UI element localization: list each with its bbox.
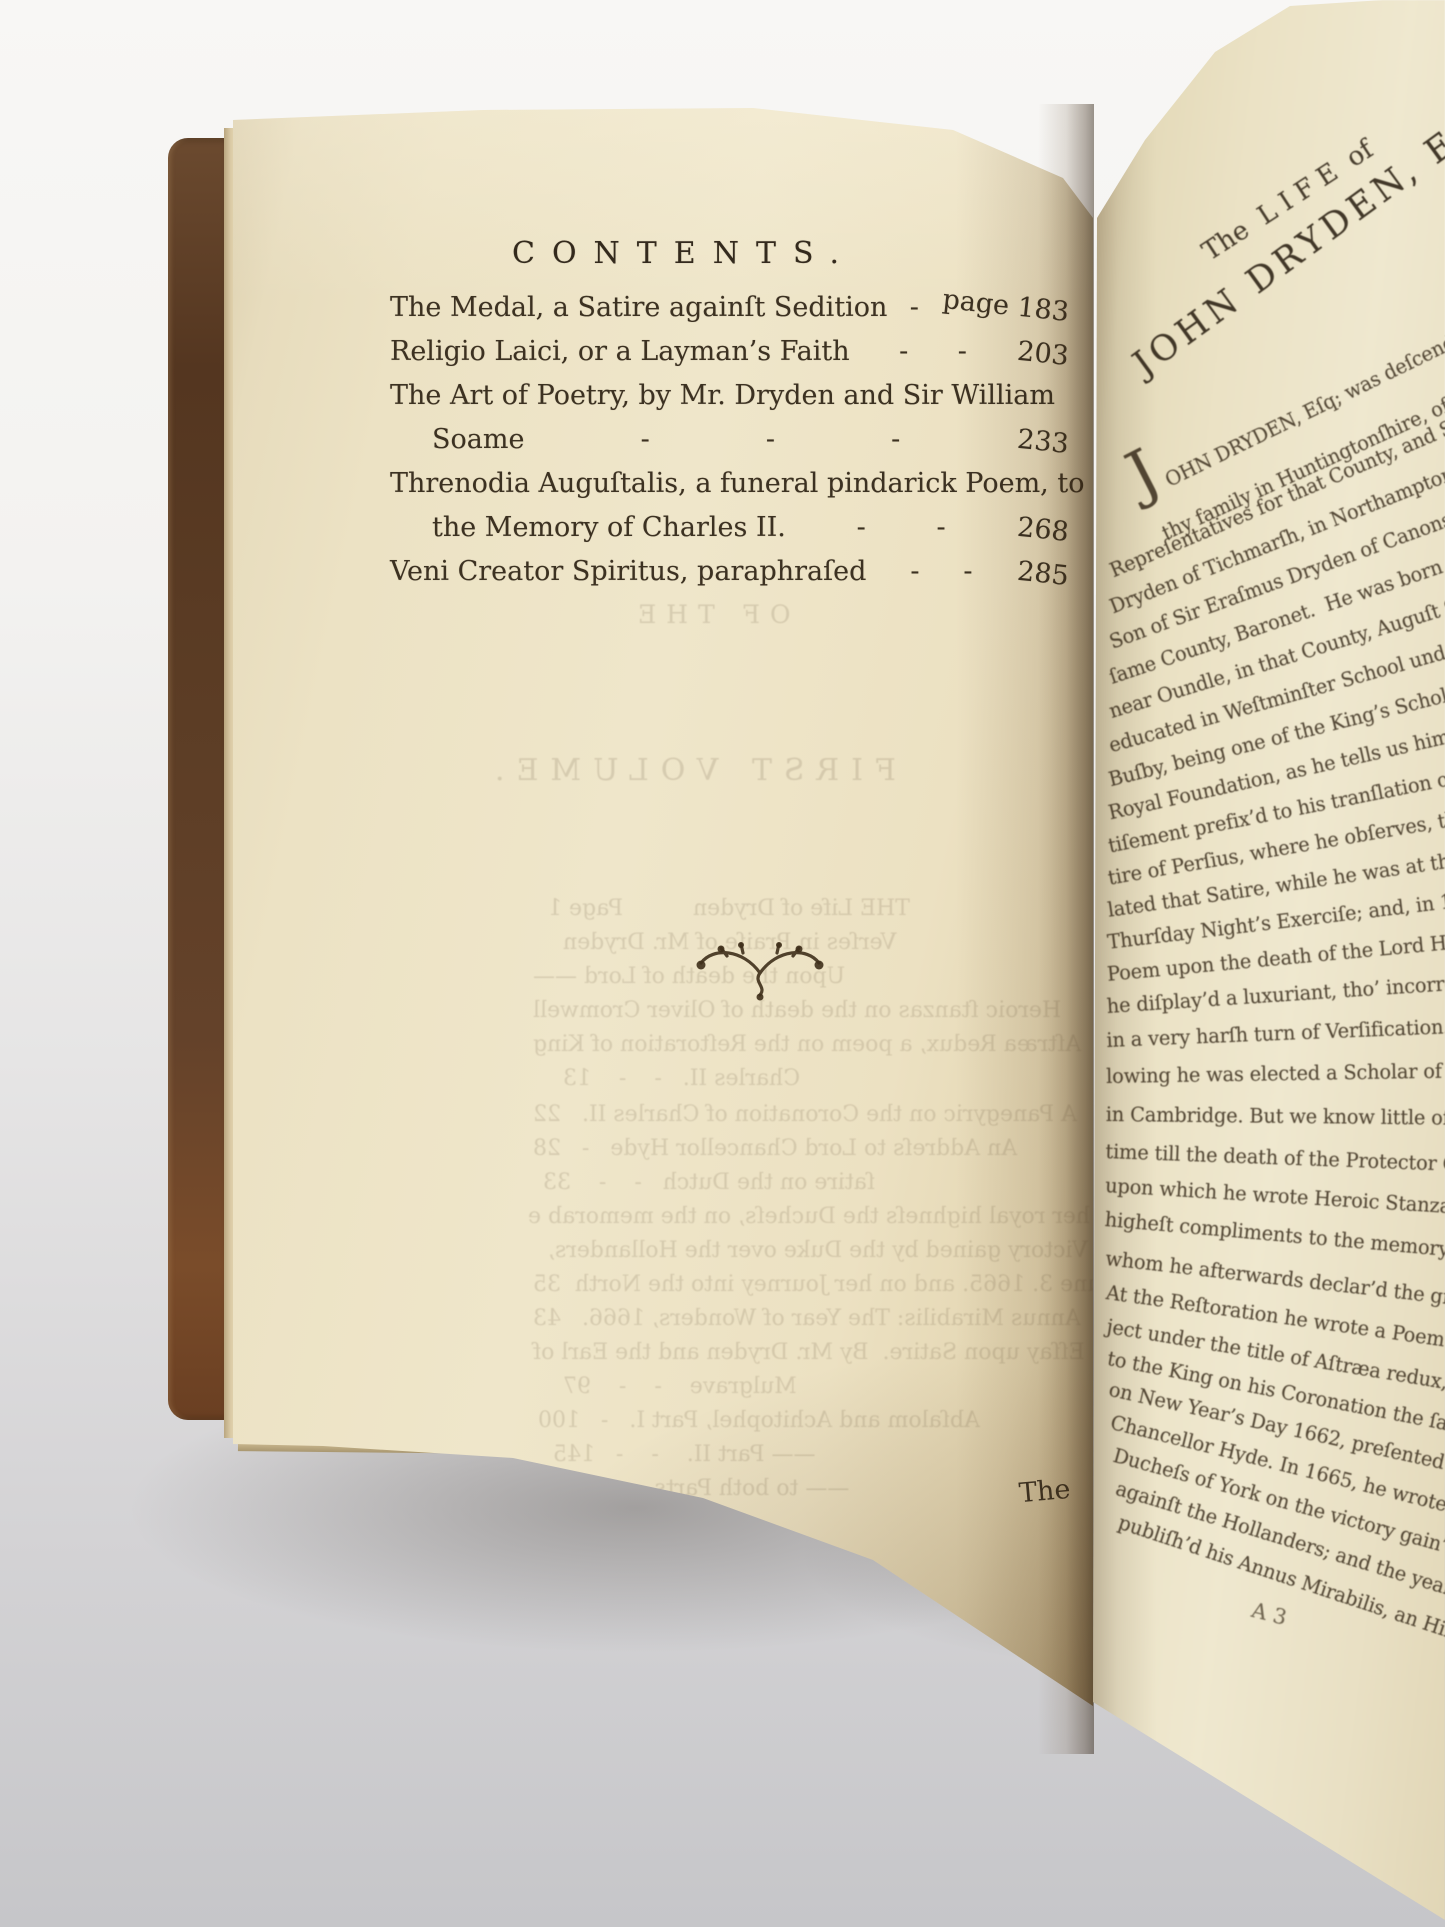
ghost-text-line: A Panegyric on the Coronation of Charles… xyxy=(533,1102,1077,1127)
contents-entry: Threnodia Auguſtalis, a funeral pindaric… xyxy=(390,468,1068,556)
entry-title-text: The Medal, a Satire againſt Sedition xyxy=(390,292,887,323)
contents-entry: The Art of Poetry, by Mr. Dryden and Sir… xyxy=(390,380,1068,468)
contents-entry-line: Veni Creator Spiritus, paraphraſed--285 xyxy=(390,556,1068,600)
entry-dash-leaders: --- xyxy=(524,424,1016,455)
ghost-text-line: FIRST VOLUME. xyxy=(483,753,896,788)
contents-entry-line: Religio Laici, or a Layman’s Faith--203 xyxy=(390,336,1068,380)
ghost-text-line: To her royal highneſs the Ducheſs, on th… xyxy=(528,1204,1123,1229)
contents-entry: Religio Laici, or a Layman’s Faith--203 xyxy=(390,336,1068,380)
contents-entry-line: The Art of Poetry, by Mr. Dryden and Sir… xyxy=(390,380,1068,424)
contents-entry-line: Soame---233 xyxy=(390,424,1068,468)
entry-title-text: Veni Creator Spiritus, paraphraſed xyxy=(390,556,866,587)
contents-entry-line: the Memory of Charles II.--268 xyxy=(390,512,1068,556)
dash: - xyxy=(891,424,900,455)
book-photo: OF THEFIRST VOLUME.THE Life of Dryden Pa… xyxy=(0,0,1445,1927)
dash: - xyxy=(766,424,775,455)
entry-title-text: the Memory of Charles II. xyxy=(432,512,786,543)
ghost-text-line: THE Life of Dryden Page 1 xyxy=(548,896,910,921)
right-page: The L I F E ofJOHN DRYDEN, EſqJOHN DRYDE… xyxy=(1085,0,1445,1927)
contents-entry: The Medal, a Satire againſt Sedition-pag… xyxy=(390,292,1068,336)
entry-title-text: Threnodia Auguſtalis, a funeral pindaric… xyxy=(390,468,1084,499)
contents-entries: The Medal, a Satire againſt Sedition-pag… xyxy=(390,292,1068,600)
floral-ornament-icon xyxy=(685,941,835,1005)
ghost-text-line: ſatire on the Dutch - - 33 xyxy=(543,1170,875,1195)
ghost-text-line: Annus Mirabilis: The Year of Wonders, 16… xyxy=(533,1306,1081,1331)
contents-entry-line: Threnodia Auguſtalis, a funeral pindaric… xyxy=(390,468,1068,512)
ghost-text-line: Aſtræa Redux, a poem on the Reſtoration … xyxy=(533,1032,1081,1057)
dash: - xyxy=(899,336,908,367)
right-page-text-line: time till the death of the Protector Oli… xyxy=(1105,1139,1445,1180)
ghost-text-line: Victory gained by the Duke over the Holl… xyxy=(548,1238,1088,1263)
entry-title-text: The Art of Poetry, by Mr. Dryden and Sir… xyxy=(390,380,1055,411)
contents-entry-line: The Medal, a Satire againſt Sedition-pag… xyxy=(390,292,1068,336)
entry-dash-leaders: -- xyxy=(786,512,1017,543)
ghost-text-line: June 3. 1665. and on her Journey into th… xyxy=(533,1272,1110,1297)
entry-title-text: Religio Laici, or a Layman’s Faith xyxy=(390,336,850,367)
dash: - xyxy=(937,512,946,543)
contents-heading: CONTENTS. xyxy=(353,236,1015,271)
dash: - xyxy=(910,292,919,323)
drop-cap: J xyxy=(1118,441,1167,506)
dash: - xyxy=(958,336,967,367)
right-page-title-line: JOHN DRYDEN, Eſq xyxy=(1126,95,1445,384)
dash: - xyxy=(963,556,972,587)
ghost-text-line: OF THE xyxy=(628,600,791,629)
signature-mark: A 3 xyxy=(1249,1598,1289,1630)
ghost-text-line: Charles II. - - 13 xyxy=(563,1066,800,1091)
entry-dash-leaders: - xyxy=(887,292,941,323)
ghost-text-line: Mulgrave - - 97 xyxy=(563,1374,797,1399)
ghost-text-line: Abſalom and Achitophel, Part I. - 100 xyxy=(538,1408,980,1433)
ghost-text-line: Eſſay upon Satire. By Mr. Dryden and the… xyxy=(533,1340,1085,1365)
dash: - xyxy=(641,424,650,455)
right-page-text-line: lowing he was elected a Scholar of Trini… xyxy=(1106,1057,1445,1088)
gutter-shadow xyxy=(1038,104,1094,1754)
contents-entry: Veni Creator Spiritus, paraphraſed--285 xyxy=(390,556,1068,600)
right-page-text-line: in a very harſh turn of Verſification. T… xyxy=(1106,1010,1445,1052)
ghost-text-line: An Addreſs to Lord Chancellor Hyde - 28 xyxy=(533,1136,1017,1161)
dash: - xyxy=(857,512,866,543)
dash: - xyxy=(910,556,919,587)
entry-dash-leaders: -- xyxy=(866,556,1016,587)
ghost-text-line: —— Part II. - - 145 xyxy=(553,1442,815,1467)
entry-dash-leaders: -- xyxy=(850,336,1017,367)
right-page-text-line: in Cambridge. But we know little of him … xyxy=(1106,1102,1445,1131)
entry-title-text: Soame xyxy=(432,424,524,455)
